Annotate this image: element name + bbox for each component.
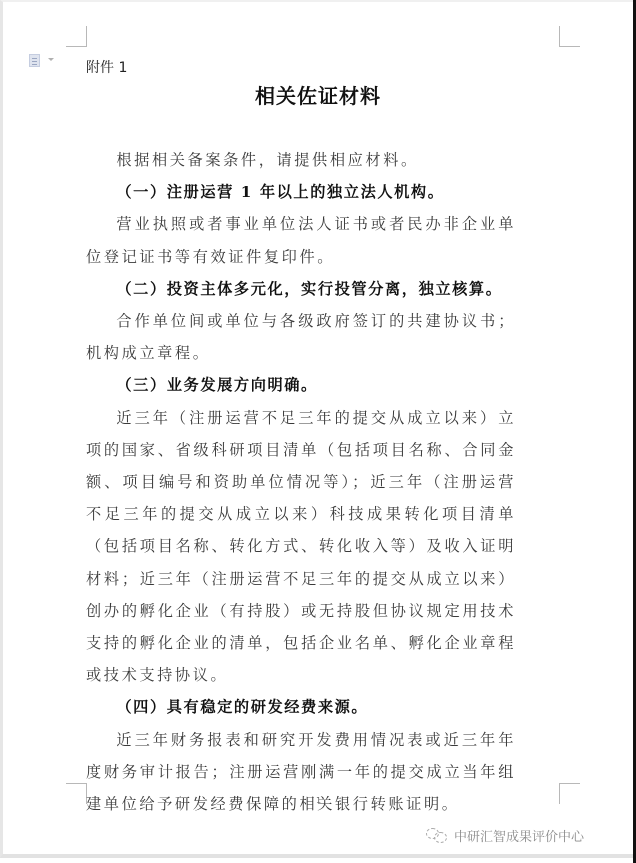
section-heading-2: （二）投资主体多元化，实行投管分离，独立核算。 <box>86 273 516 305</box>
margin-corner-top-right <box>559 26 580 47</box>
section-heading-1: （一）注册运营 1 年以上的独立法人机构。 <box>86 176 516 208</box>
document-icon[interactable] <box>29 54 40 67</box>
page-title: 相关佐证材料 <box>0 80 636 109</box>
section-body-1: 营业执照或者事业单位法人证书或者民办非企业单位登记证书等有效证件复印件。 <box>86 208 516 272</box>
wechat-icon <box>426 827 448 843</box>
intro-paragraph: 根据相关备案条件，请提供相应材料。 <box>86 144 516 176</box>
document-body: 根据相关备案条件，请提供相应材料。 （一）注册运营 1 年以上的独立法人机构。 … <box>86 144 516 820</box>
caret-down-icon[interactable] <box>48 58 54 61</box>
section-heading-4: （四）具有稳定的研发经费来源。 <box>86 691 516 723</box>
attachment-label: 附件 1 <box>86 57 127 77</box>
section-body-3: 近三年（注册运营不足三年的提交从成立以来）立项的国家、省级科研项目清单（包括项目… <box>86 402 516 692</box>
margin-corner-top-left <box>66 26 87 47</box>
margin-corner-bottom-left <box>66 783 87 804</box>
watermark: 中研汇智成果评价中心 <box>426 825 584 845</box>
section-heading-3: （三）业务发展方向明确。 <box>86 369 516 401</box>
margin-corner-bottom-right <box>559 783 580 804</box>
section-body-2: 合作单位间或单位与各级政府签订的共建协议书；机构成立章程。 <box>86 305 516 369</box>
page-number: 1 <box>316 796 321 805</box>
section-body-4: 近三年财务报表和研究开发费用情况表或近三年年度财务审计报告；注册运营刚满一年的提… <box>86 724 516 821</box>
watermark-text: 中研汇智成果评价中心 <box>454 826 584 845</box>
